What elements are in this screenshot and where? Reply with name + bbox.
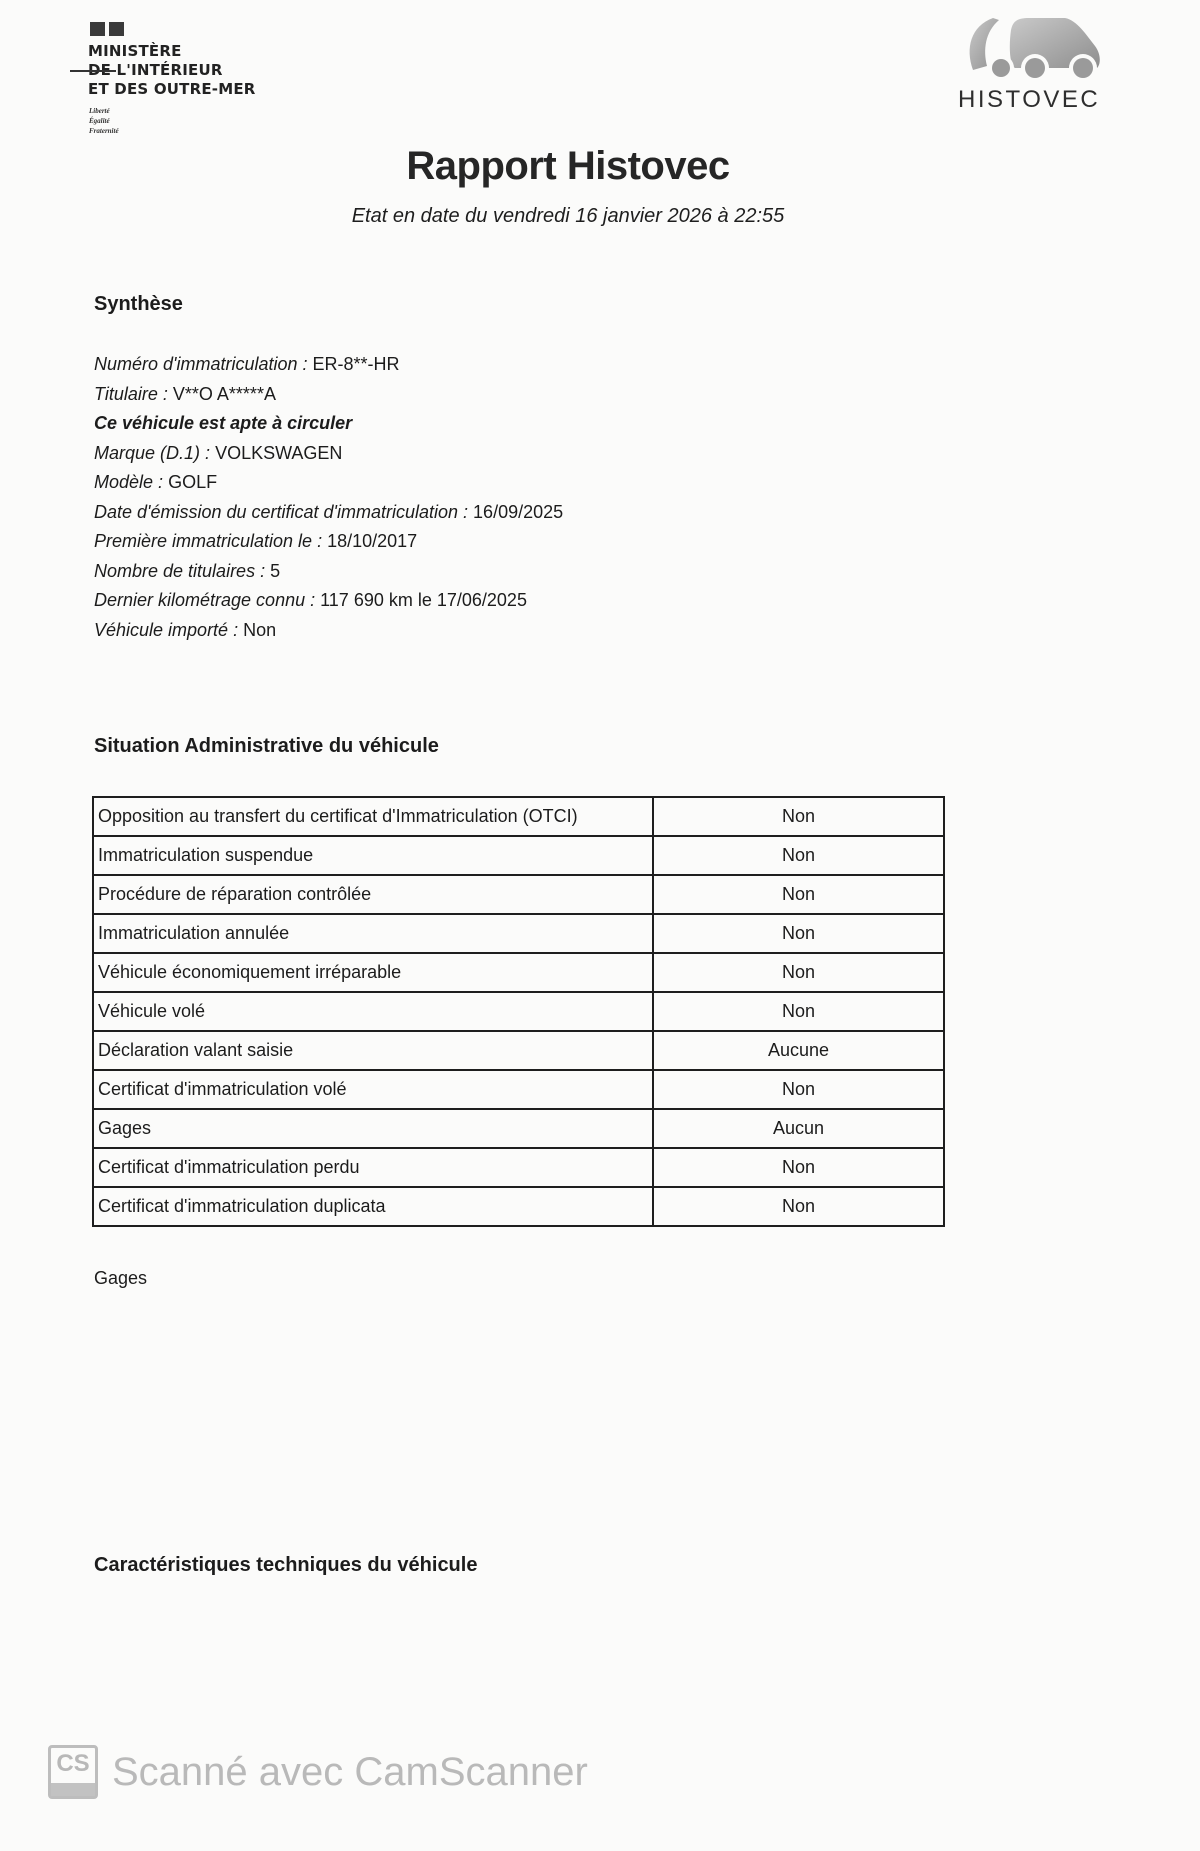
ministry-line: MINISTÈRE (88, 42, 256, 61)
table-row: Certificat d'immatriculation perduNon (93, 1148, 944, 1187)
synthese-field: Modèle : GOLF (94, 472, 217, 493)
camscanner-watermark: CS Scanné avec CamScanner (48, 1745, 588, 1799)
field-label: Dernier kilométrage connu : (94, 590, 315, 610)
table-row: Véhicule économiquement irréparableNon (93, 953, 944, 992)
vehicle-status: Ce véhicule est apte à circuler (94, 413, 352, 434)
synthese-field: Date d'émission du certificat d'immatric… (94, 502, 563, 523)
table-row: Certificat d'immatriculation duplicataNo… (93, 1187, 944, 1226)
row-value: Non (653, 914, 944, 953)
field-value: VOLKSWAGEN (215, 443, 342, 463)
row-label: Gages (93, 1109, 653, 1148)
row-label: Véhicule économiquement irréparable (93, 953, 653, 992)
row-value: Non (653, 875, 944, 914)
field-value: V**O A*****A (173, 384, 276, 404)
report-date: Etat en date du vendredi 16 janvier 2026… (0, 205, 1136, 228)
field-label: Marque (D.1) : (94, 443, 210, 463)
situation-table: Opposition au transfert du certificat d'… (92, 796, 945, 1227)
row-value: Aucune (653, 1031, 944, 1070)
field-value: Non (243, 620, 276, 640)
field-value: ER-8**-HR (313, 354, 400, 374)
field-value: 18/10/2017 (327, 531, 417, 551)
row-label: Déclaration valant saisie (93, 1031, 653, 1070)
republic-flag-icon (90, 22, 124, 36)
field-value: 5 (270, 561, 280, 581)
page-title: Rapport Histovec (0, 144, 1136, 189)
ministry-line: DE L'INTÉRIEUR (88, 61, 256, 80)
field-label: Titulaire : (94, 384, 168, 404)
synthese-heading: Synthèse (94, 293, 183, 316)
synthese-field: Nombre de titulaires : 5 (94, 561, 280, 582)
field-value: GOLF (168, 472, 217, 492)
row-value: Non (653, 1148, 944, 1187)
row-label: Opposition au transfert du certificat d'… (93, 797, 653, 836)
synthese-field: Véhicule importé : Non (94, 620, 276, 641)
row-label: Véhicule volé (93, 992, 653, 1031)
table-row: Déclaration valant saisieAucune (93, 1031, 944, 1070)
histovec-car-icon (955, 8, 1105, 88)
row-label: Certificat d'immatriculation perdu (93, 1148, 653, 1187)
gages-label: Gages (94, 1268, 147, 1289)
row-label: Procédure de réparation contrôlée (93, 875, 653, 914)
table-row: Certificat d'immatriculation voléNon (93, 1070, 944, 1109)
field-label: Date d'émission du certificat d'immatric… (94, 502, 468, 522)
row-label: Immatriculation annulée (93, 914, 653, 953)
row-label: Certificat d'immatriculation duplicata (93, 1187, 653, 1226)
field-value: 117 690 km le 17/06/2025 (320, 590, 527, 610)
row-value: Non (653, 1187, 944, 1226)
row-label: Immatriculation suspendue (93, 836, 653, 875)
ministry-motto: Liberté Égalité Fraternité (89, 106, 119, 136)
synthese-field: Numéro d'immatriculation : ER-8**-HR (94, 354, 400, 375)
synthese-field: Marque (D.1) : VOLKSWAGEN (94, 443, 342, 464)
table-row: Véhicule voléNon (93, 992, 944, 1031)
field-label: Nombre de titulaires : (94, 561, 265, 581)
row-value: Non (653, 836, 944, 875)
histovec-logo-text: HISTOVEC (958, 86, 1100, 114)
field-label: Numéro d'immatriculation : (94, 354, 308, 374)
watermark-text: Scanné avec CamScanner (112, 1750, 588, 1795)
table-row: GagesAucun (93, 1109, 944, 1148)
row-value: Non (653, 992, 944, 1031)
situation-heading: Situation Administrative du véhicule (94, 735, 439, 758)
field-label: Première immatriculation le : (94, 531, 322, 551)
row-value: Non (653, 1070, 944, 1109)
ministry-line: ET DES OUTRE-MER (88, 80, 256, 99)
field-value: 16/09/2025 (473, 502, 563, 522)
camscanner-icon: CS (48, 1745, 98, 1799)
synthese-field: Dernier kilométrage connu : 117 690 km l… (94, 590, 527, 611)
synthese-field: Première immatriculation le : 18/10/2017 (94, 531, 417, 552)
table-row: Immatriculation annuléeNon (93, 914, 944, 953)
field-label: Véhicule importé : (94, 620, 238, 640)
table-row: Immatriculation suspendueNon (93, 836, 944, 875)
table-row: Opposition au transfert du certificat d'… (93, 797, 944, 836)
row-value: Aucun (653, 1109, 944, 1148)
table-row: Procédure de réparation contrôléeNon (93, 875, 944, 914)
synthese-field: Titulaire : V**O A*****A (94, 384, 276, 405)
row-value: Non (653, 797, 944, 836)
ministry-logo: MINISTÈRE DE L'INTÉRIEUR ET DES OUTRE-ME… (88, 42, 256, 99)
caracteristiques-heading: Caractéristiques techniques du véhicule (94, 1554, 477, 1577)
field-label: Modèle : (94, 472, 163, 492)
row-value: Non (653, 953, 944, 992)
row-label: Certificat d'immatriculation volé (93, 1070, 653, 1109)
